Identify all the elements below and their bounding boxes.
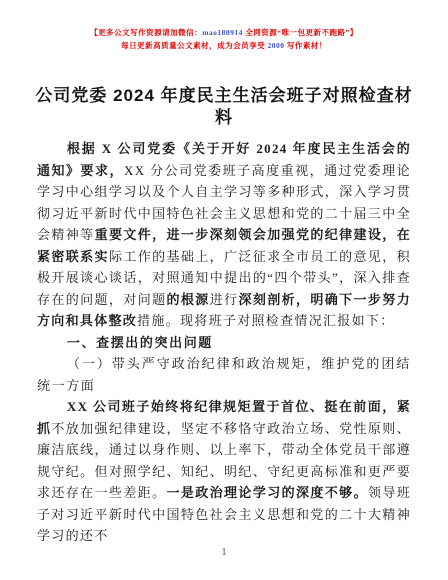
paragraph-intro: 根据 X 公司党委《关于开好 2024 年度民主生活会的通知》要求，XX 分公司… [37, 138, 411, 332]
document-body: 根据 X 公司党委《关于开好 2024 年度民主生活会的通知》要求，XX 分公司… [37, 138, 411, 547]
page-number: 1 [0, 547, 448, 558]
promo-notice: 【更多公文写作资源请加微信：mao180914 全网资源“唯一包更新不跑路”】 … [0, 26, 448, 52]
paragraph-body: XX 公司班子始终将纪律规矩置于首位、挺在前面，紧抓不放加强纪律建设，坚定不移恪… [37, 396, 411, 547]
document-title: 公司党委 2024 年度民主生活会班子对照检查材料 [30, 85, 418, 129]
document-page: 【更多公文写作资源请加微信：mao180914 全网资源“唯一包更新不跑路”】 … [0, 0, 448, 580]
section-heading: 一、查摆出的突出问题 [37, 332, 411, 354]
promo-notice-line-1: 【更多公文写作资源请加微信：mao180914 全网资源“唯一包更新不跑路”】 [0, 26, 448, 39]
subsection-heading: （一）带头严守政治纪律和政治规矩，维护党的团结统一方面 [37, 353, 411, 396]
promo-notice-line-2: 每日更新高质量公文素材，成为会员享受 2000 写作素材！ [0, 39, 448, 52]
